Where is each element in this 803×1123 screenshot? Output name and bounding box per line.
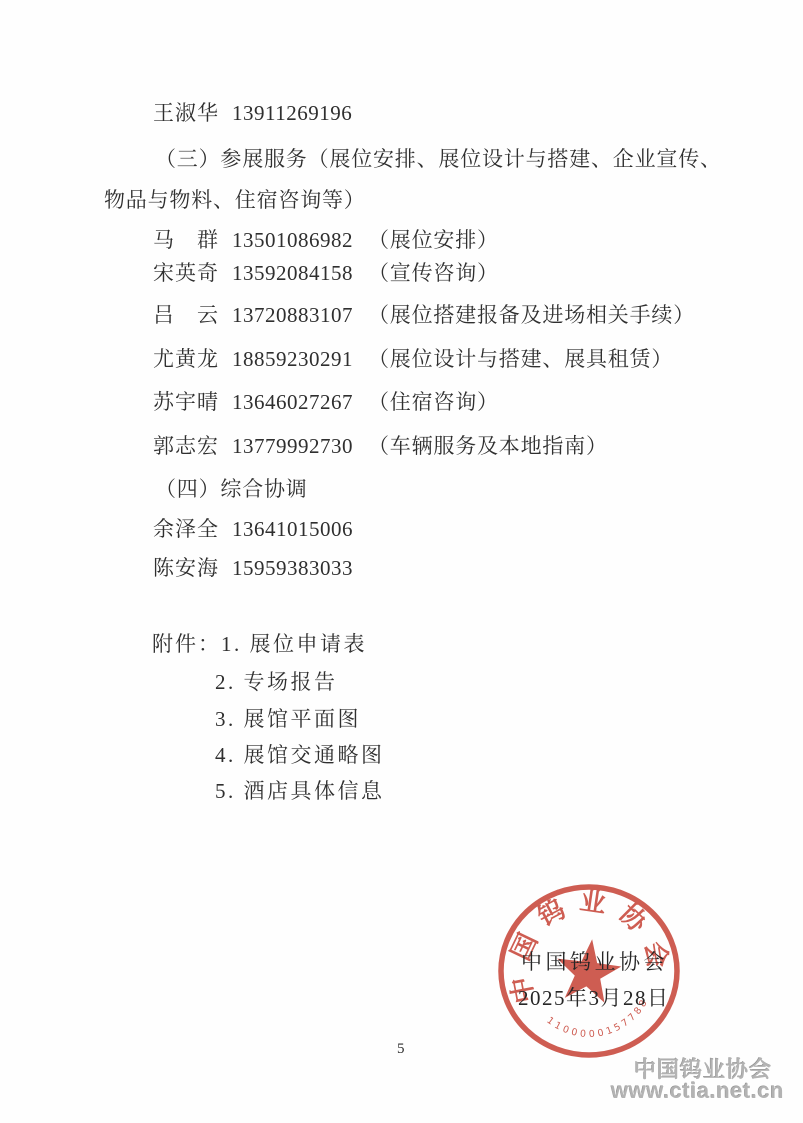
attachment-item: 1. 展位申请表 xyxy=(221,632,367,656)
contact-role: （展位设计与搭建、展具租赁） xyxy=(368,347,673,371)
contact-name: 尤黄龙 xyxy=(153,347,219,371)
contact-name: 苏宇晴 xyxy=(153,390,219,414)
contact-name: 马 群 xyxy=(153,228,219,252)
contact-name: 陈安海 xyxy=(153,556,219,580)
watermark-url: www.ctia.net.cn xyxy=(611,1078,784,1104)
document-page: 王淑华13911269196 （三）参展服务（展位安排、展位设计与搭建、企业宣传… xyxy=(0,0,803,1123)
contact-line: 苏宇晴13646027267（住宿咨询） xyxy=(153,390,499,414)
contact-role: （住宿咨询） xyxy=(368,390,499,414)
section4-heading: （四）综合协调 xyxy=(155,477,308,501)
contact-line: 宋英奇13592084158（宣传咨询） xyxy=(153,261,499,285)
contact-role: （展位搭建报备及进场相关手续） xyxy=(368,303,695,327)
contact-role: （宣传咨询） xyxy=(368,261,499,285)
contact-phone: 13641015006 xyxy=(232,517,353,541)
contact-name: 余泽全 xyxy=(153,517,219,541)
contact-name: 吕 云 xyxy=(153,303,219,327)
contact-role: （车辆服务及本地指南） xyxy=(368,434,608,458)
contact-line: 吕 云13720883107（展位搭建报备及进场相关手续） xyxy=(153,303,695,327)
attachment-item: 2. 专场报告 xyxy=(215,670,338,694)
contact-phone: 13592084158 xyxy=(232,261,353,285)
contact-name: 郭志宏 xyxy=(153,434,219,458)
attachment-item: 4. 展馆交通略图 xyxy=(215,743,385,767)
contact-phone: 15959383033 xyxy=(232,556,353,580)
contact-line: 王淑华13911269196 xyxy=(153,101,367,125)
contact-name: 王淑华 xyxy=(153,101,219,125)
contact-phone: 13911269196 xyxy=(232,101,352,125)
contact-phone: 13501086982 xyxy=(232,228,353,252)
contact-line: 郭志宏13779992730（车辆服务及本地指南） xyxy=(153,434,608,458)
section3-heading-line1: （三）参展服务（展位安排、展位设计与搭建、企业宣传、 xyxy=(155,147,722,171)
contact-phone: 13720883107 xyxy=(232,303,353,327)
contact-line: 陈安海15959383033 xyxy=(153,556,368,580)
contact-phone: 13646027267 xyxy=(232,390,353,414)
attachment-item: 3. 展馆平面图 xyxy=(215,707,361,731)
attachments-first-line: 附件：1. 展位申请表 xyxy=(152,632,367,656)
contact-phone: 18859230291 xyxy=(232,347,353,371)
section3-heading-line2: 物品与物料、住宿咨询等） xyxy=(104,188,366,212)
contact-role: （展位安排） xyxy=(368,228,499,252)
signature-date: 2025年3月28日 xyxy=(518,982,670,1012)
contact-phone: 13779992730 xyxy=(232,434,353,458)
contact-name: 宋英奇 xyxy=(153,261,219,285)
signature-org: 中国钨业协会 xyxy=(521,946,668,976)
page-number: 5 xyxy=(397,1041,405,1058)
attachment-item: 5. 酒店具体信息 xyxy=(215,779,385,803)
contact-line: 余泽全13641015006 xyxy=(153,517,368,541)
attachments-label: 附件： xyxy=(152,632,221,656)
contact-line: 尤黄龙18859230291（展位设计与搭建、展具租赁） xyxy=(153,347,673,371)
contact-line: 马 群13501086982（展位安排） xyxy=(153,228,499,252)
